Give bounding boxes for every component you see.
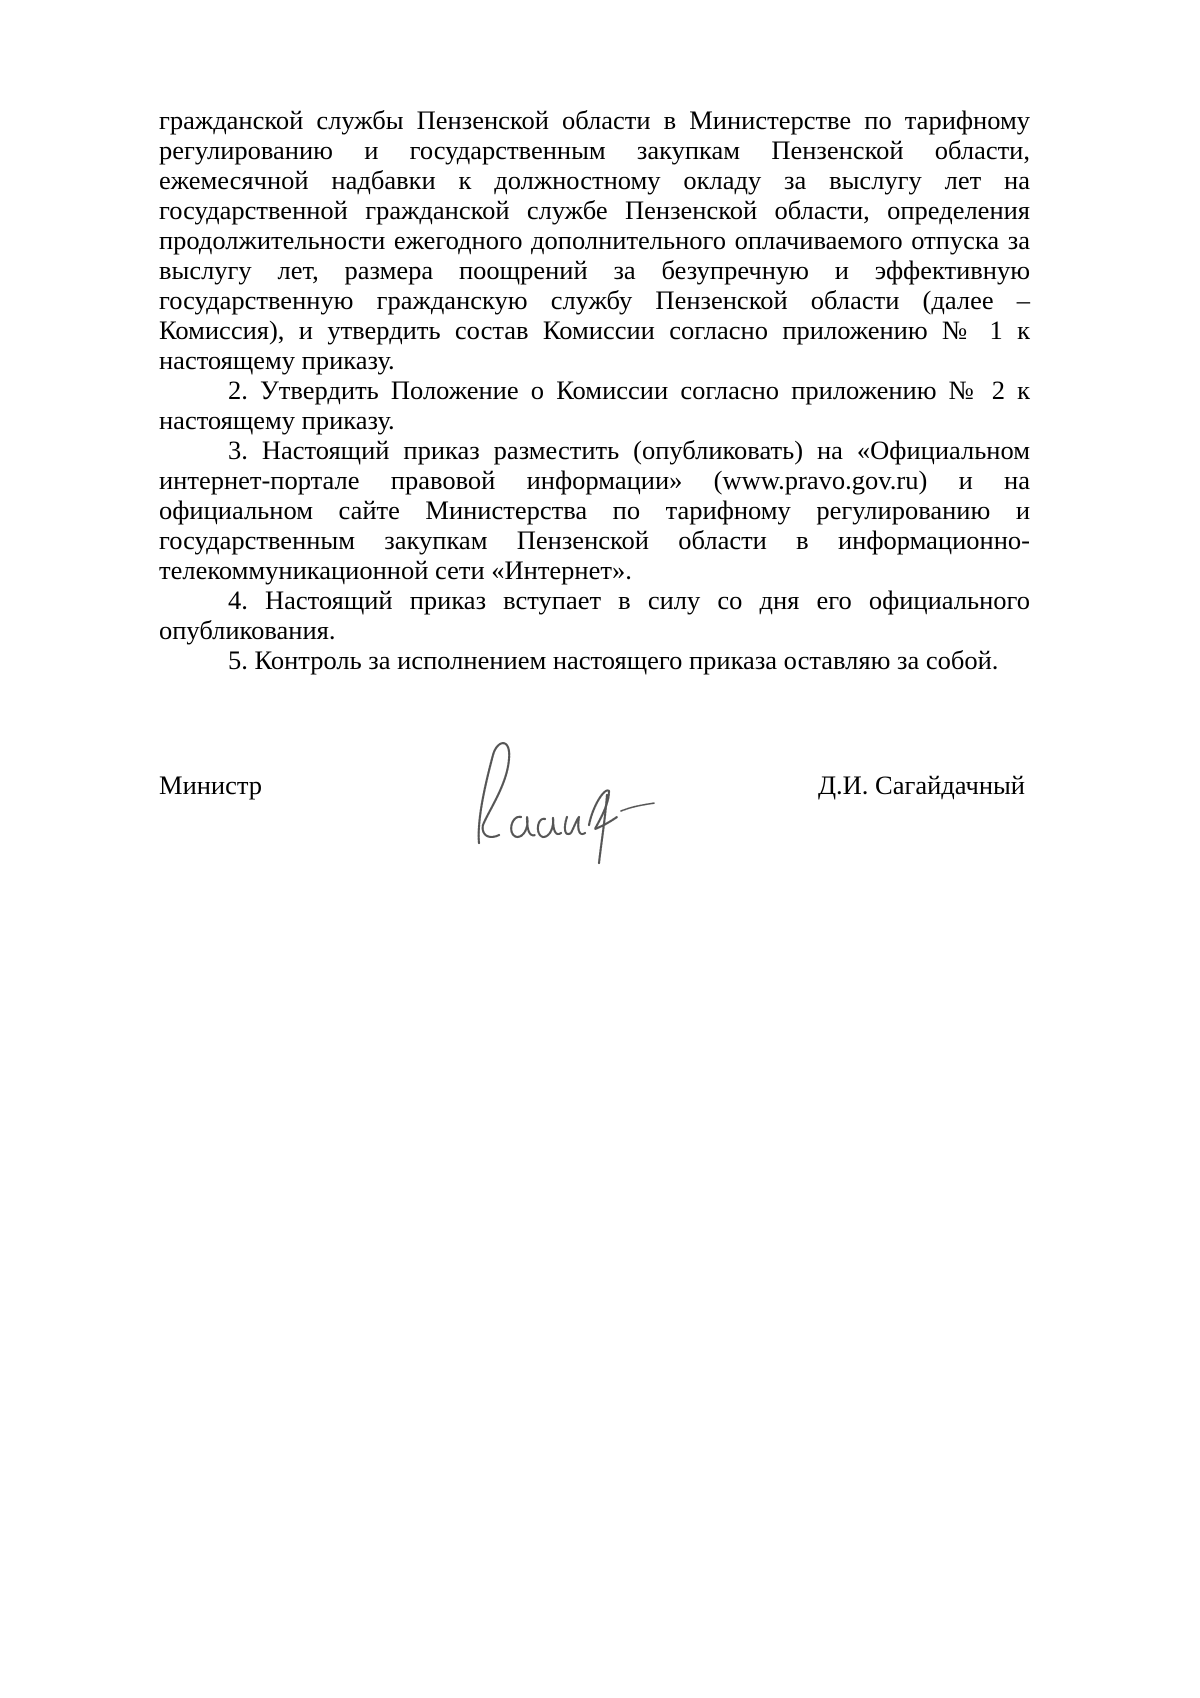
signatory-name: Д.И. Сагайдачный (818, 770, 1025, 801)
signatory-title: Министр (159, 770, 262, 801)
signature-block: Министр Д.И. Сагайдачный (159, 725, 1030, 865)
document-page: гражданской службы Пензенской области в … (0, 0, 1200, 1698)
paragraph-4: 4. Настоящий приказ вступает в силу со д… (159, 585, 1030, 645)
handwritten-signature-icon (459, 725, 679, 865)
paragraph-2: 2. Утвердить Положение о Комиссии соглас… (159, 375, 1030, 435)
document-body: гражданской службы Пензенской области в … (159, 105, 1030, 675)
paragraph-3: 3. Настоящий приказ разместить (опублико… (159, 435, 1030, 585)
paragraph-5: 5. Контроль за исполнением настоящего пр… (159, 645, 1030, 675)
paragraph-1-continuation: гражданской службы Пензенской области в … (159, 105, 1030, 375)
